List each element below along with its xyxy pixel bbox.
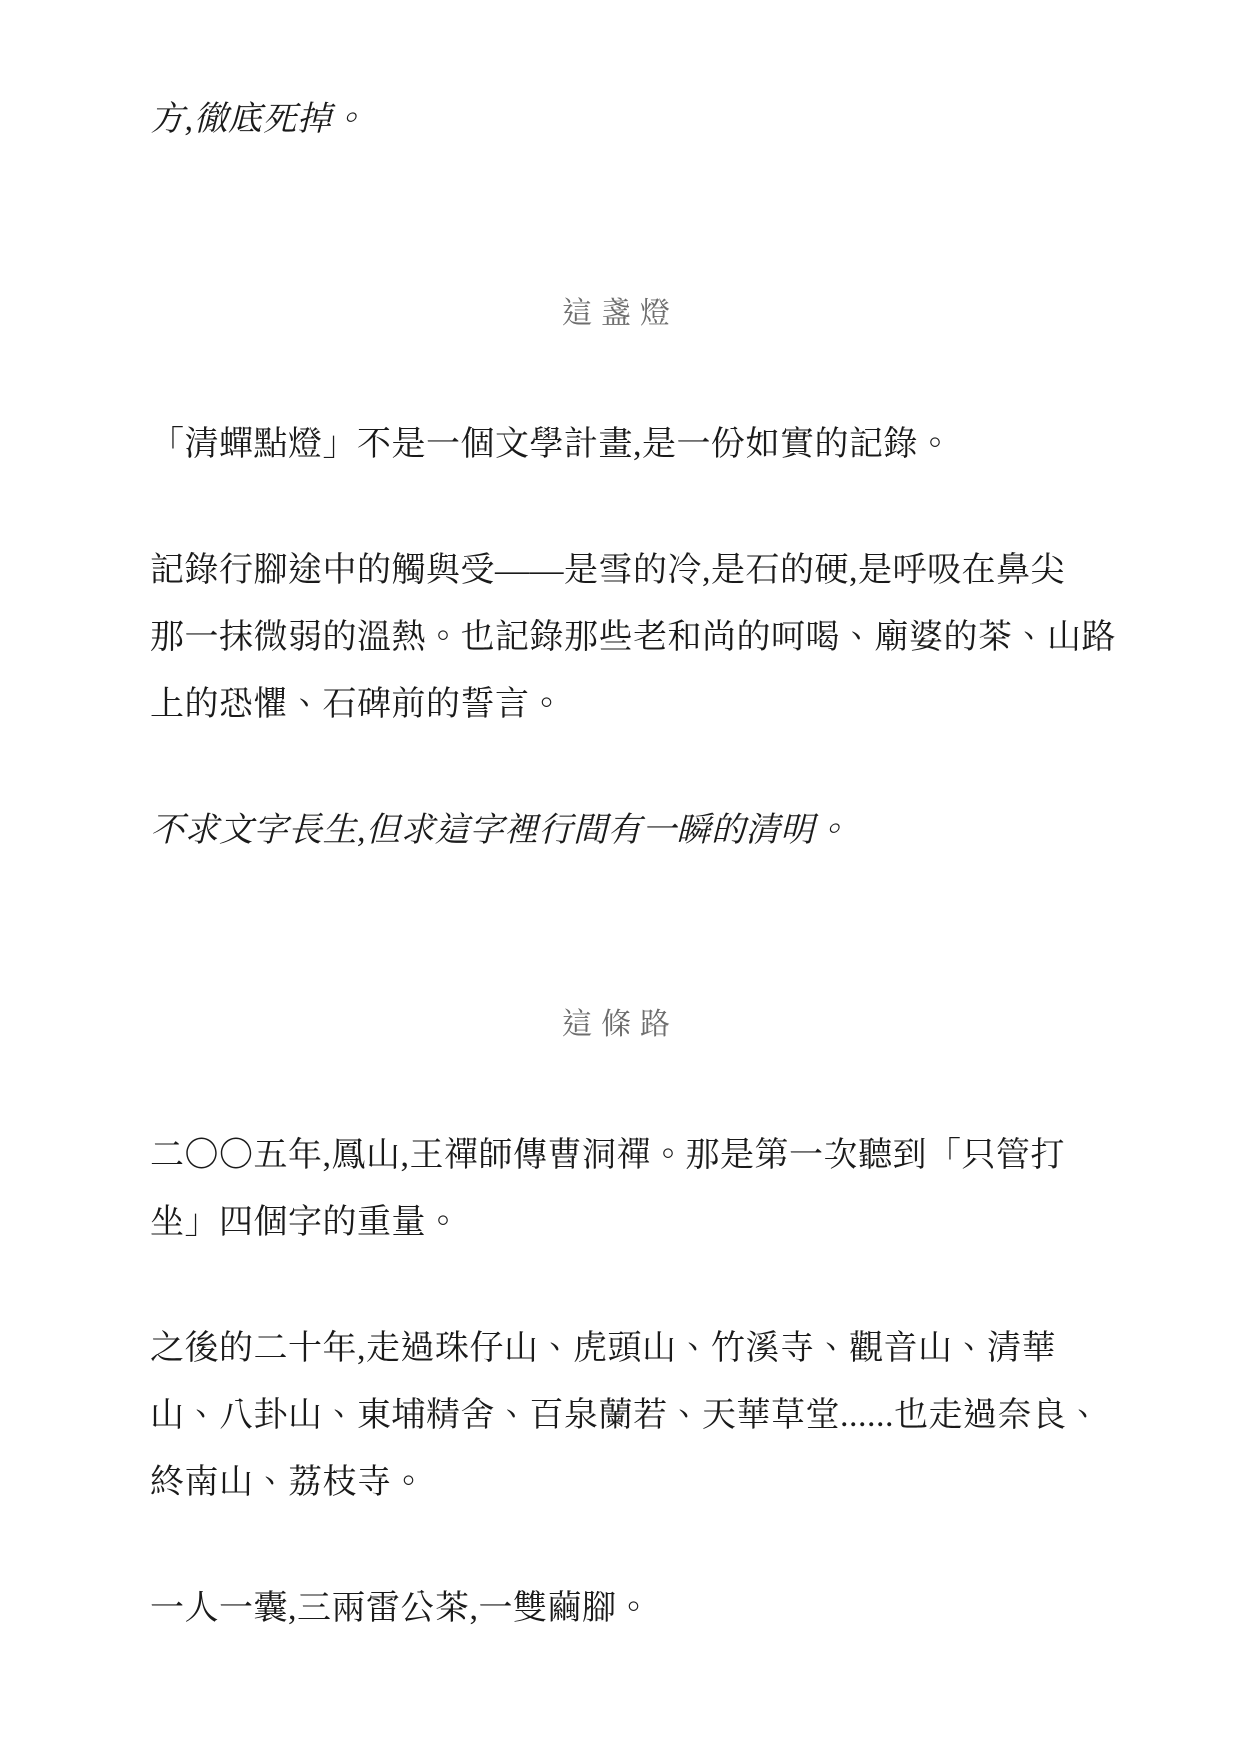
paragraph-road-gear: 一人一囊,三兩雷公茶,一雙繭腳。: [150, 1575, 1141, 1642]
paragraph-road-origin: 二〇〇五年,鳳山,王禪師傳曹洞禪。那是第一次聽到「只管打 坐」四個字的重量。: [150, 1122, 1141, 1256]
carryover-line: 方,徹底死掉。: [150, 86, 1141, 153]
section-heading-lamp: 這盞燈: [150, 294, 1091, 334]
paragraph-lamp-wish-italic: 不求文字長生,但求這字裡行間有一瞬的清明。: [150, 797, 1141, 864]
paragraph-road-journey: 之後的二十年,走過珠仔山、虎頭山、竹溪寺、觀音山、清華 山、八卦山、東埔精舍、百…: [150, 1315, 1141, 1516]
paragraph-lamp-statement: 「清蟬點燈」不是一個文學計畫,是一份如實的記錄。: [150, 411, 1141, 478]
paragraph-lamp-record: 記錄行腳途中的觸與受——是雪的冷,是石的硬,是呼吸在鼻尖 那一抹微弱的溫熱。也記…: [150, 537, 1141, 738]
section-heading-road: 這條路: [150, 1005, 1091, 1045]
document-page: 方,徹底死掉。 這盞燈 「清蟬點燈」不是一個文學計畫,是一份如實的記錄。 記錄行…: [0, 0, 1241, 1754]
